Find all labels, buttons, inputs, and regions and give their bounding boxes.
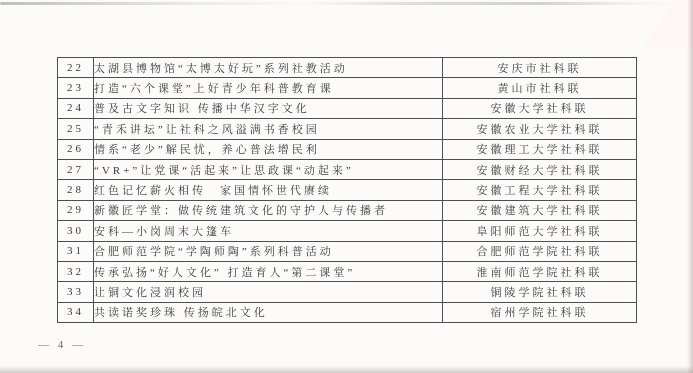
table-row: 30 安科—小岗周末大篷车 阜阳师范大学社科联: [58, 221, 637, 241]
row-number: 30: [58, 221, 94, 241]
project-name: 传承弘扬“好人文化” 打造育人“第二课堂”: [94, 261, 443, 281]
org-name: 安徽农业大学社科联: [443, 119, 637, 139]
row-number: 34: [58, 302, 94, 322]
org-name: 宿州学院社科联: [443, 302, 637, 322]
row-number: 22: [58, 58, 94, 78]
project-name: 安科—小岗周末大篷车: [94, 221, 443, 241]
table-row: 32 传承弘扬“好人文化” 打造育人“第二课堂” 淮南师范学院社科联: [58, 261, 637, 281]
table-row: 22 太湖县博物馆“太博太好玩”系列社教活动 安庆市社科联: [58, 58, 637, 78]
row-number: 25: [58, 119, 94, 139]
project-name: 合肥师范学院“学陶师陶”系列科普活动: [94, 241, 443, 261]
org-name: 铜陵学院社科联: [443, 282, 637, 302]
scan-right-edge-shadow: [687, 0, 693, 373]
row-number: 23: [58, 78, 94, 98]
org-name: 安徽工程大学社科联: [443, 180, 637, 200]
table-row: 27 “VR+”让党课“活起来”让思政课“动起来” 安徽财经大学社科联: [58, 159, 637, 179]
row-number: 33: [58, 282, 94, 302]
project-name: 共读诺奖珍珠 传扬皖北文化: [94, 302, 443, 322]
table-row: 34 共读诺奖珍珠 传扬皖北文化 宿州学院社科联: [58, 302, 637, 322]
org-name: 淮南师范学院社科联: [443, 261, 637, 281]
table-row: 29 新徽匠学堂：做传统建筑文化的守护人与传播者 安徽建筑大学社科联: [58, 200, 637, 220]
org-name: 黄山市社科联: [443, 78, 637, 98]
projects-table-body: 22 太湖县博物馆“太博太好玩”系列社教活动 安庆市社科联 23 打造“六个课堂…: [58, 58, 637, 323]
page-number: — 4 —: [38, 339, 86, 351]
projects-table: 22 太湖县博物馆“太博太好玩”系列社教活动 安庆市社科联 23 打造“六个课堂…: [57, 57, 637, 323]
scanned-document-page: 22 太湖县博物馆“太博太好玩”系列社教活动 安庆市社科联 23 打造“六个课堂…: [0, 0, 693, 373]
scan-bottom-edge-shadow: [0, 366, 693, 373]
row-number: 32: [58, 261, 94, 281]
org-name: 合肥师范学院社科联: [443, 241, 637, 261]
table-row: 25 “青禾讲坛”让社科之风溢满书香校园 安徽农业大学社科联: [58, 119, 637, 139]
table-row: 33 让铜文化浸润校园 铜陵学院社科联: [58, 282, 637, 302]
row-number: 31: [58, 241, 94, 261]
project-name: 普及古文字知识 传播中华汉字文化: [94, 98, 443, 118]
org-name: 安徽建筑大学社科联: [443, 200, 637, 220]
table-row: 24 普及古文字知识 传播中华汉字文化 安徽大学社科联: [58, 98, 637, 118]
row-number: 24: [58, 98, 94, 118]
row-number: 27: [58, 159, 94, 179]
org-name: 安徽理工大学社科联: [443, 139, 637, 159]
project-name: 红色记忆薪火相传 家国情怀世代赓续: [94, 180, 443, 200]
project-name: 情系“老少”解民忧，养心普法增民利: [94, 139, 443, 159]
project-name: 打造“六个课堂”上好青少年科普教育课: [94, 78, 443, 98]
table-row: 31 合肥师范学院“学陶师陶”系列科普活动 合肥师范学院社科联: [58, 241, 637, 261]
table-row: 28 红色记忆薪火相传 家国情怀世代赓续 安徽工程大学社科联: [58, 180, 637, 200]
project-name: “VR+”让党课“活起来”让思政课“动起来”: [94, 159, 443, 179]
project-name: 让铜文化浸润校园: [94, 282, 443, 302]
row-number: 29: [58, 200, 94, 220]
project-name: “青禾讲坛”让社科之风溢满书香校园: [94, 119, 443, 139]
org-name: 安徽大学社科联: [443, 98, 637, 118]
org-name: 安庆市社科联: [443, 58, 637, 78]
project-name: 新徽匠学堂：做传统建筑文化的守护人与传播者: [94, 200, 443, 220]
table-row: 26 情系“老少”解民忧，养心普法增民利 安徽理工大学社科联: [58, 139, 637, 159]
org-name: 阜阳师范大学社科联: [443, 221, 637, 241]
scan-corner-fold-artifact: [623, 0, 693, 48]
project-name: 太湖县博物馆“太博太好玩”系列社教活动: [94, 58, 443, 78]
org-name: 安徽财经大学社科联: [443, 159, 637, 179]
scan-top-streak-artifact: [0, 2, 693, 5]
row-number: 26: [58, 139, 94, 159]
table-row: 23 打造“六个课堂”上好青少年科普教育课 黄山市社科联: [58, 78, 637, 98]
row-number: 28: [58, 180, 94, 200]
